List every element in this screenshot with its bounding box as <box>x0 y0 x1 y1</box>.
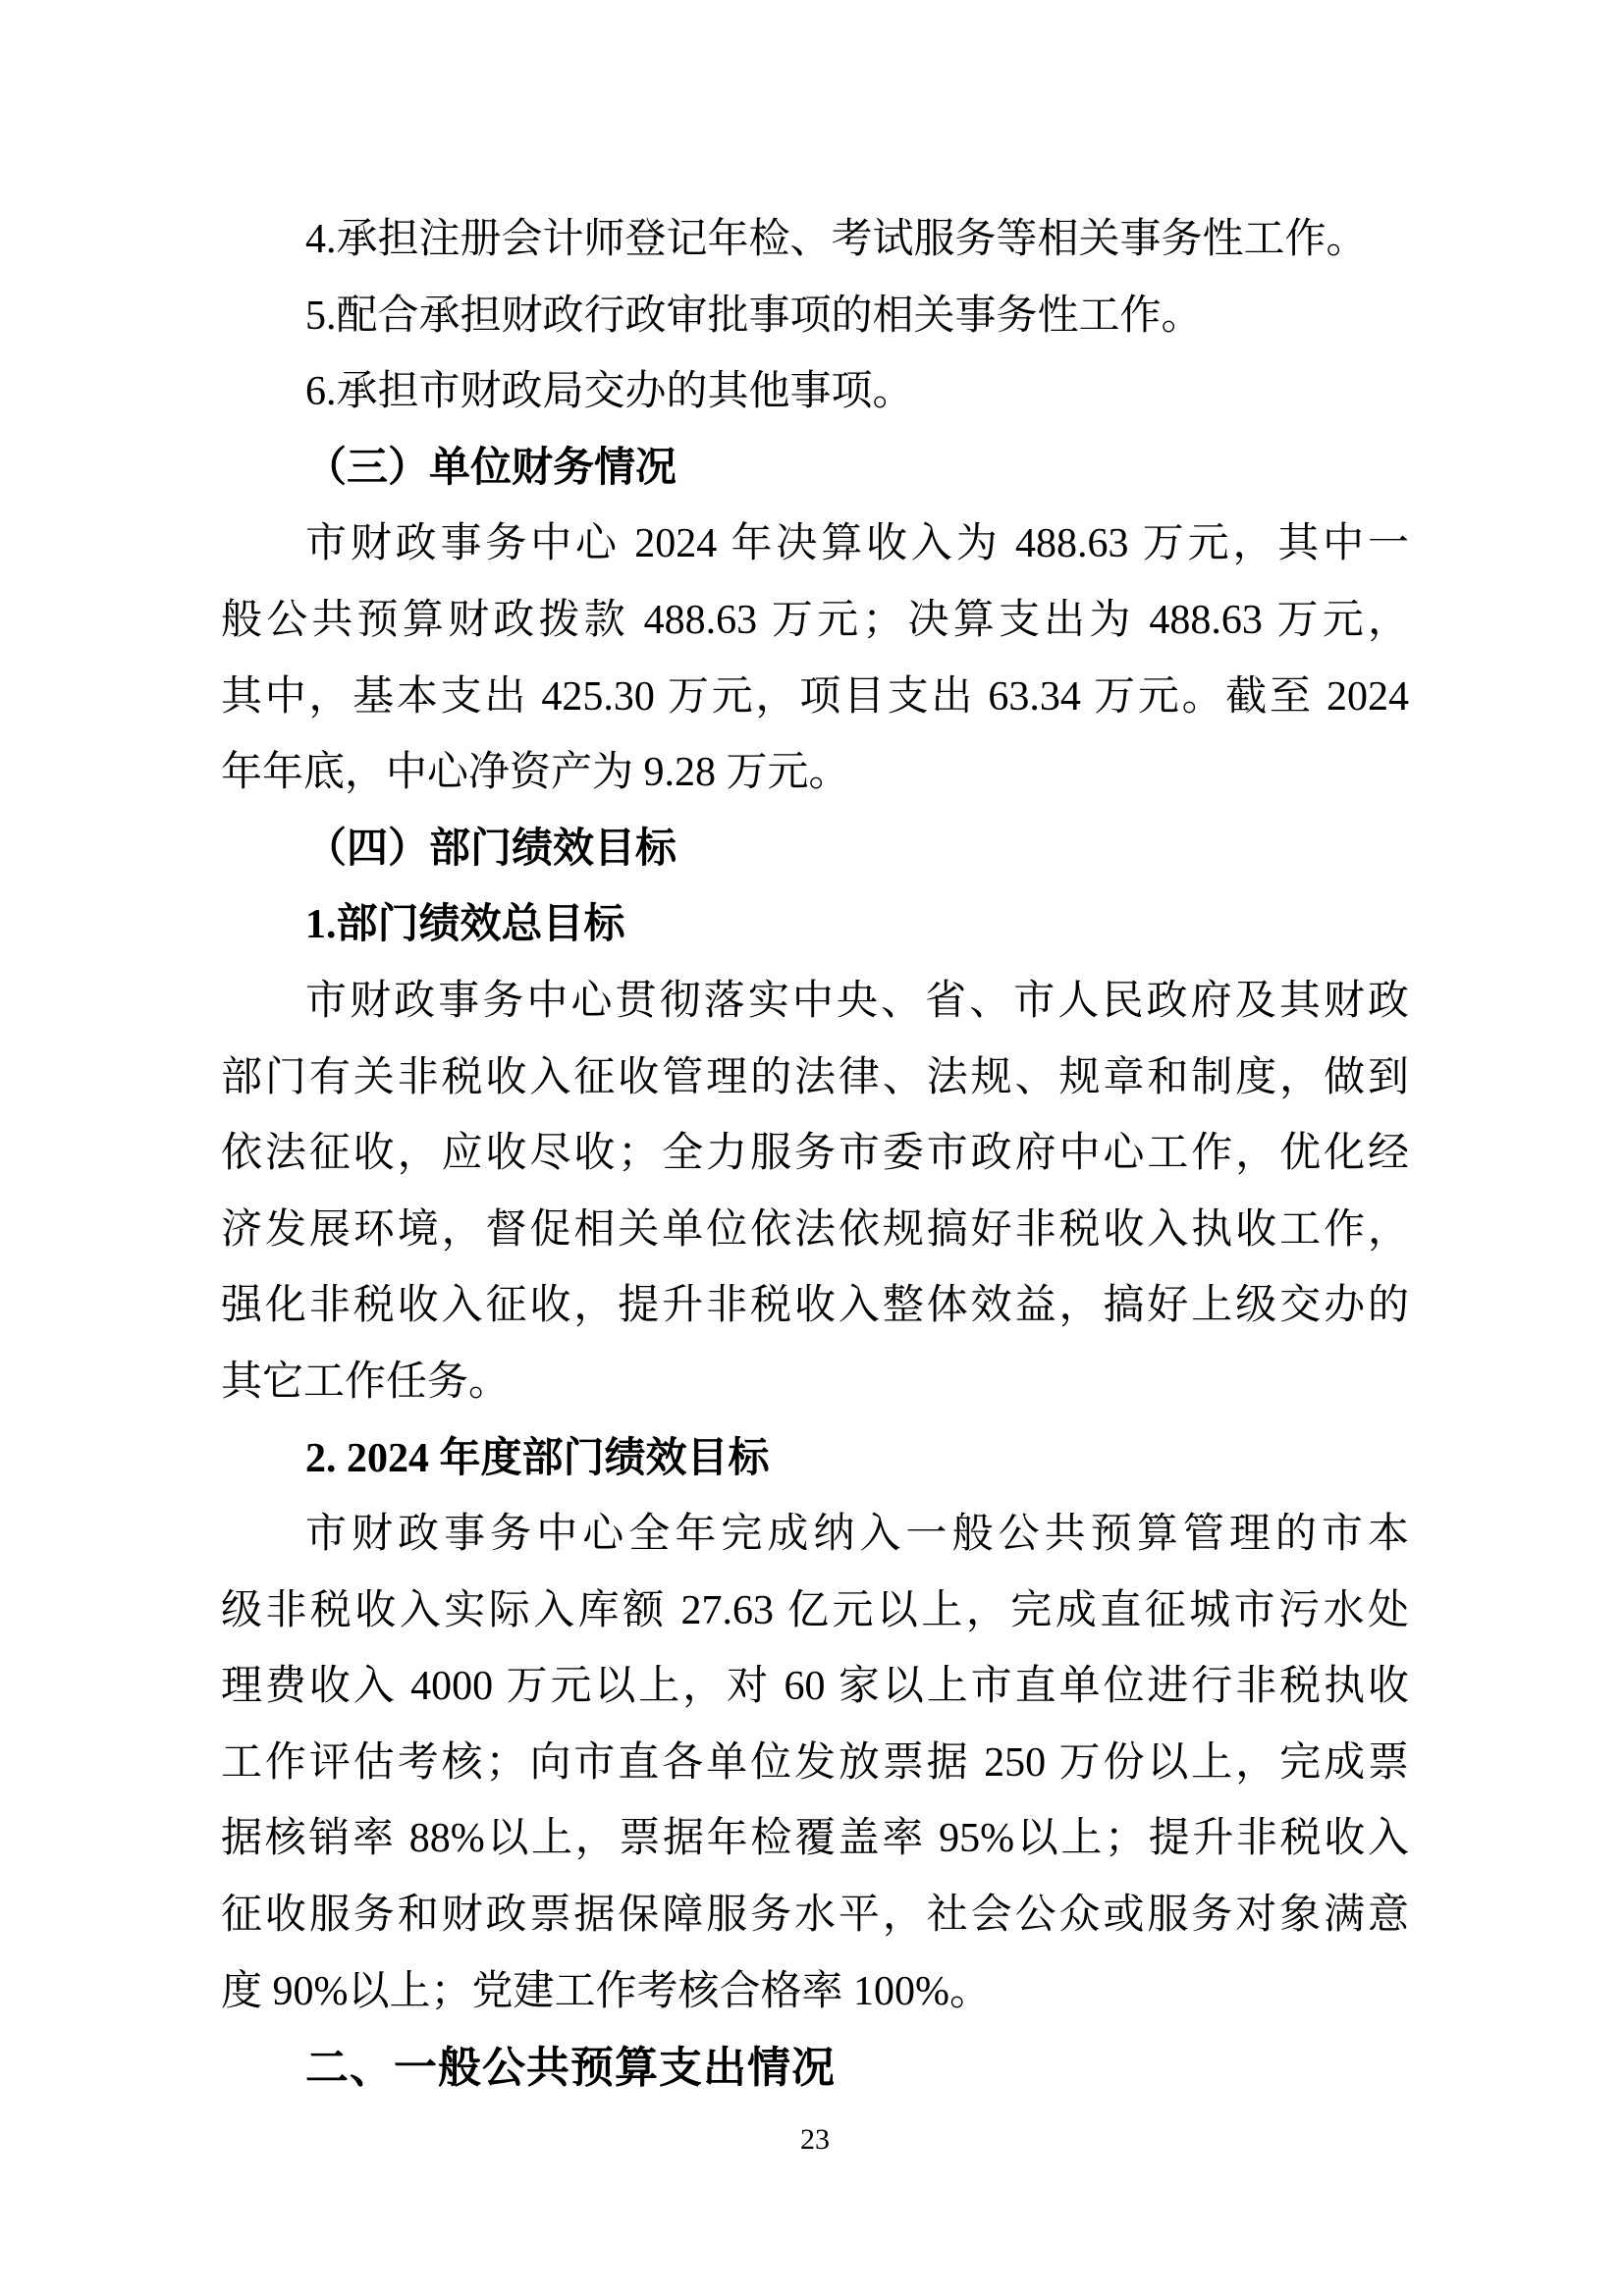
body-line-goal-3: 依法征收，应收尽收；全力服务市委市政府中心工作，优化经 <box>221 1116 1409 1193</box>
body-line-2024-goal-1: 市财政事务中心全年完成纳入一般公共预算管理的市本 <box>221 1497 1409 1574</box>
body-line-goal-2: 部门有关非税收入征收管理的法律、法规、规章和制度，做到 <box>221 1041 1409 1117</box>
body-line-2024-goal-5: 据核销率 88%以上，票据年检覆盖率 95%以上；提升非税收入 <box>221 1801 1409 1878</box>
body-line-2024-goal-3: 理费收入 4000 万元以上，对 60 家以上市直单位进行非税执收 <box>221 1649 1409 1726</box>
body-line-finance-4: 年年底，中心净资产为 9.28 万元。 <box>221 735 1409 812</box>
heading-sub-1-overall-goal: 1.部门绩效总目标 <box>221 887 1409 964</box>
body-line-2024-goal-6: 征收服务和财政票据保障服务水平，社会公众或服务对象满意 <box>221 1878 1409 1954</box>
body-line-goal-6: 其它工作任务。 <box>221 1345 1409 1421</box>
page-number: 23 <box>221 2118 1409 2162</box>
body-line-finance-3: 其中，基本支出 425.30 万元，项目支出 63.34 万元。截至 2024 <box>221 660 1409 736</box>
body-line-2024-goal-7: 度 90%以上；党建工作考核合格率 100%。 <box>221 1954 1409 2031</box>
body-line-2024-goal-2: 级非税收入实际入库额 27.63 亿元以上，完成直征城市污水处 <box>221 1574 1409 1650</box>
document-page: 4.承担注册会计师登记年检、考试服务等相关事务性工作。 5.配合承担财政行政审批… <box>0 0 1624 2296</box>
body-line-2024-goal-4: 工作评估考核；向市直各单位发放票据 250 万份以上，完成票 <box>221 1726 1409 1802</box>
body-line-duty-6: 6.承担市财政局交办的其他事项。 <box>221 354 1409 431</box>
body-line-finance-2: 般公共预算财政拨款 488.63 万元；决算支出为 488.63 万元， <box>221 583 1409 660</box>
body-line-goal-4: 济发展环境，督促相关单位依法依规搞好非税收入执收工作， <box>221 1193 1409 1269</box>
heading-section-3-unit-finance: （三）单位财务情况 <box>221 431 1409 507</box>
heading-section-2-general-budget-expenditure: 二、一般公共预算支出情况 <box>221 2030 1409 2107</box>
body-line-goal-5: 强化非税收入征收，提升非税收入整体效益，搞好上级交办的 <box>221 1268 1409 1345</box>
body-line-duty-5: 5.配合承担财政行政审批事项的相关事务性工作。 <box>221 279 1409 355</box>
body-line-duty-4: 4.承担注册会计师登记年检、考试服务等相关事务性工作。 <box>221 202 1409 279</box>
heading-sub-2-2024-goal: 2. 2024 年度部门绩效目标 <box>221 1421 1409 1498</box>
body-line-goal-1: 市财政事务中心贯彻落实中央、省、市人民政府及其财政 <box>221 964 1409 1041</box>
body-line-finance-1: 市财政事务中心 2024 年决算收入为 488.63 万元，其中一 <box>221 507 1409 583</box>
document-body: 4.承担注册会计师登记年检、考试服务等相关事务性工作。 5.配合承担财政行政审批… <box>221 202 1409 2107</box>
heading-section-4-performance-goals: （四）部门绩效目标 <box>221 812 1409 888</box>
